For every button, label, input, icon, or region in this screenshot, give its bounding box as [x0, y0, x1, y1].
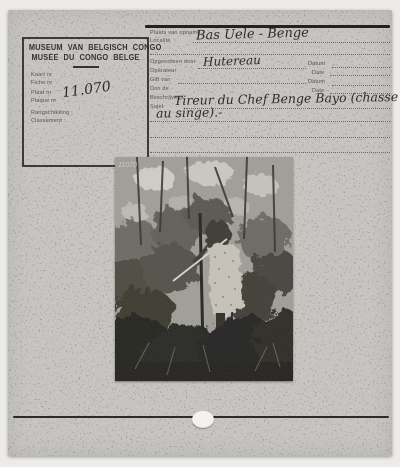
museum-name-french: MUSÉE DU CONGO BELGE [29, 53, 142, 63]
plaat-label: Plaat nr [31, 90, 52, 96]
fiche-label: Fiche nr [31, 80, 52, 86]
photograph-image: 11070 [115, 157, 293, 381]
stamp-underline [73, 66, 99, 68]
dotted-line [150, 137, 390, 138]
date1-label-fr: Date [312, 70, 324, 76]
kaart-label: Kaart nr [31, 72, 52, 78]
scanned-archive-card: MUSEUM VAN BELGISCH CONGO MUSÉE DU CONGO… [0, 0, 400, 467]
photographer-label-nl: Opgenomen door [150, 59, 196, 65]
dotted-line [332, 85, 390, 86]
location-label-nl: Plaats van opname [150, 30, 201, 36]
donor-label-nl: Gift van [150, 77, 171, 83]
date1-label-nl: Datum [308, 61, 325, 67]
photograph: 11070 [115, 157, 293, 381]
photographer-value: Hutereau [203, 53, 261, 69]
museum-name-dutch: MUSEUM VAN BELGISCH CONGO [29, 43, 142, 53]
dotted-line [330, 75, 390, 76]
location-label-fr: Localité [150, 38, 171, 44]
plaque-label: Plaque nr [31, 98, 56, 104]
inventory-box: MUSEUM VAN BELGISCH CONGO MUSÉE DU CONGO… [22, 37, 149, 167]
dotted-line [198, 68, 306, 69]
dotted-line [150, 121, 390, 122]
date2-label-nl: Datum [308, 79, 325, 85]
dotted-line [178, 83, 306, 84]
plate-number-value: 11.070 [61, 79, 112, 102]
punch-hole [192, 411, 214, 428]
photographer-label-fr: Opérateur [150, 68, 177, 74]
dotted-line [332, 67, 390, 68]
subject-value-line2: au singe).- [156, 104, 223, 120]
photo-corner-number: 11070 [118, 162, 137, 169]
rangschikking-label: Rangschikking : [31, 110, 73, 116]
dotted-line [193, 42, 390, 43]
museum-stamp: MUSEUM VAN BELGISCH CONGO MUSÉE DU CONGO… [24, 43, 147, 68]
dotted-line [150, 54, 390, 55]
classement-label: Classement : [31, 118, 66, 124]
donor-label-fr: Don de [150, 86, 169, 92]
dotted-line [150, 152, 390, 153]
location-value: Bas Uele - Benge [196, 26, 309, 44]
